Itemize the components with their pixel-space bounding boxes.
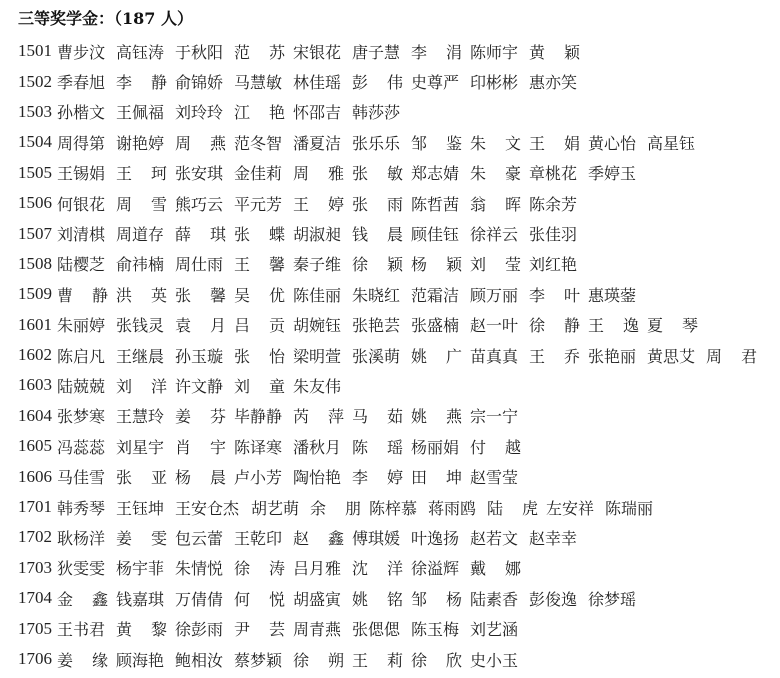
- name-char: 杨: [411, 252, 427, 275]
- name-char: 王: [529, 131, 545, 154]
- name-char: 陈: [352, 435, 368, 458]
- student-names: 马佳雪张亚杨晨卢小芳陶怡艳李婷田坤赵雪莹: [57, 465, 529, 488]
- name-char: 萍: [328, 404, 344, 427]
- student-name: 陈梓慕: [369, 496, 428, 519]
- name-char: 童: [269, 374, 285, 397]
- name-char: 鑫: [328, 526, 344, 549]
- student-name: 张怡: [234, 344, 285, 367]
- student-name: 朱友伟: [293, 374, 352, 397]
- student-name: 顾万丽: [470, 283, 529, 306]
- name-char: 悦: [269, 587, 285, 610]
- name-char: 洪: [116, 283, 132, 306]
- student-name: 陶怡艳: [293, 465, 352, 488]
- student-name: 朱晓红: [352, 283, 411, 306]
- name-char: 姚: [411, 344, 427, 367]
- student-name: 朱情悦: [175, 556, 234, 579]
- student-name: 杨晨: [175, 465, 226, 488]
- student-name: 刘红艳: [529, 252, 588, 275]
- student-name: 黄思艾: [647, 344, 706, 367]
- student-name: 何银花: [57, 192, 116, 215]
- student-name: 赵若文: [470, 526, 529, 549]
- name-char: 艳: [269, 100, 285, 123]
- name-char: 刘: [234, 374, 250, 397]
- name-char: 田: [411, 465, 427, 488]
- student-name: 田坤: [411, 465, 462, 488]
- student-name: 周得第: [57, 131, 116, 154]
- student-name: 唐子慧: [352, 40, 411, 63]
- student-name: 陈瑶: [352, 435, 403, 458]
- name-char: 肖: [175, 435, 191, 458]
- student-name: 潘秋月: [293, 435, 352, 458]
- student-name: 姚广: [411, 344, 462, 367]
- name-char: 彭: [352, 70, 368, 93]
- student-name: 余朋: [310, 496, 361, 519]
- student-name: 王娟: [529, 131, 580, 154]
- name-char: 余: [310, 496, 326, 519]
- student-name: 顾佳钰: [411, 222, 470, 245]
- student-name: 陆兢兢: [57, 374, 116, 397]
- student-name: 戴娜: [470, 556, 521, 579]
- student-name: 宋银花: [293, 40, 352, 63]
- name-char: 涛: [269, 556, 285, 579]
- student-name: 朱丽婷: [57, 313, 116, 336]
- class-number: 1509: [18, 284, 57, 304]
- class-row: 1702耿杨洋姜雯包云蕾王乾印赵鑫傅琪媛叶逸扬赵若文赵幸幸: [18, 522, 780, 552]
- student-names: 张梦寒王慧玲姜芬毕静静芮萍马茹姚燕宗一宁: [57, 404, 529, 427]
- name-char: 朔: [328, 648, 344, 671]
- student-name: 赵幸幸: [529, 526, 588, 549]
- name-char: 姜: [175, 404, 191, 427]
- student-name: 薛琪: [175, 222, 226, 245]
- student-name: 王乾印: [234, 526, 293, 549]
- student-name: 芮萍: [293, 404, 344, 427]
- name-char: 婷: [328, 192, 344, 215]
- name-char: 周: [706, 344, 722, 367]
- name-char: 王: [352, 648, 368, 671]
- class-row: 1507刘清棋周道存薛琪张蝶胡淑昶钱晨顾佳钰徐祥云张佳羽: [18, 218, 780, 248]
- student-name: 潘夏洁: [293, 131, 352, 154]
- student-name: 张艳芸: [352, 313, 411, 336]
- student-names: 韩秀琴王钰坤王安仓杰胡艺萌余朋陈梓慕蒋雨鸥陆虎左安祥陈瑞丽: [57, 496, 664, 519]
- name-char: 刘: [470, 252, 486, 275]
- name-char: 乔: [564, 344, 580, 367]
- student-name: 鲍相汝: [175, 648, 234, 671]
- name-char: 婷: [387, 465, 403, 488]
- student-name: 邹鉴: [411, 131, 462, 154]
- student-name: 傅琪媛: [352, 526, 411, 549]
- name-char: 李: [116, 70, 132, 93]
- student-name: 史小玉: [470, 648, 529, 671]
- name-char: 朱: [470, 131, 486, 154]
- student-name: 张蝶: [234, 222, 285, 245]
- name-char: 翁: [470, 192, 486, 215]
- student-name: 夏琴: [647, 313, 698, 336]
- class-number: 1505: [18, 163, 57, 183]
- student-name: 陈余芳: [529, 192, 588, 215]
- name-char: 张: [116, 465, 132, 488]
- student-name: 怀邵吉: [293, 100, 352, 123]
- student-name: 徐静: [529, 313, 580, 336]
- class-row: 1605冯蕊蕊刘星宇肖宇陈译寒潘秋月陈瑶杨丽娟付越: [18, 431, 780, 461]
- name-char: 珂: [151, 161, 167, 184]
- name-char: 缘: [92, 648, 108, 671]
- name-char: 瑶: [387, 435, 403, 458]
- name-char: 鉴: [446, 131, 462, 154]
- student-name: 赵鑫: [293, 526, 344, 549]
- name-char: 芬: [210, 404, 226, 427]
- student-name: 范冬智: [234, 131, 293, 154]
- name-char: 敏: [387, 161, 403, 184]
- name-char: 李: [411, 40, 427, 63]
- name-char: 颖: [564, 40, 580, 63]
- student-name: 黄颖: [529, 40, 580, 63]
- name-char: 姜: [57, 648, 73, 671]
- class-number: 1603: [18, 375, 57, 395]
- student-name: 李婷: [352, 465, 403, 488]
- class-row: 1703狄雯雯杨宇菲朱情悦徐涛吕月雅沈洋徐溢辉戴娜: [18, 553, 780, 583]
- student-name: 陈玉梅: [411, 617, 470, 640]
- name-char: 黄: [529, 40, 545, 63]
- student-name: 张梦寒: [57, 404, 116, 427]
- student-name: 秦子维: [293, 252, 352, 275]
- name-char: 坤: [446, 465, 462, 488]
- student-name: 孙楷文: [57, 100, 116, 123]
- student-name: 金鑫: [57, 587, 108, 610]
- name-char: 金: [57, 587, 73, 610]
- student-name: 李叶: [529, 283, 580, 306]
- name-char: 范: [234, 40, 250, 63]
- name-char: 晨: [387, 222, 403, 245]
- student-names: 狄雯雯杨宇菲朱情悦徐涛吕月雅沈洋徐溢辉戴娜: [57, 556, 529, 579]
- student-names: 姜缘顾海艳鲍相汝蔡梦颖徐朔王莉徐欣史小玉: [57, 648, 529, 671]
- student-name: 范苏: [234, 40, 285, 63]
- class-number: 1701: [18, 497, 57, 517]
- student-name: 张偲偲: [352, 617, 411, 640]
- student-name: 马佳雪: [57, 465, 116, 488]
- name-char: 苏: [269, 40, 285, 63]
- student-name: 张馨: [175, 283, 226, 306]
- student-name: 翁晖: [470, 192, 521, 215]
- student-name: 徐涛: [234, 556, 285, 579]
- student-name: 张敏: [352, 161, 403, 184]
- student-names: 孙楷文王佩福刘玲玲江艳怀邵吉韩莎莎: [57, 100, 411, 123]
- student-name: 杨颖: [411, 252, 462, 275]
- student-name: 王莉: [352, 648, 403, 671]
- name-char: 颖: [387, 252, 403, 275]
- class-number: 1503: [18, 102, 57, 122]
- student-name: 张溪萌: [352, 344, 411, 367]
- student-names: 何银花周雪熊巧云平元芳王婷张雨陈哲茜翁晖陈余芳: [57, 192, 588, 215]
- student-name: 陆樱芝: [57, 252, 116, 275]
- student-name: 赵雪莹: [470, 465, 529, 488]
- student-name: 彭伟: [352, 70, 403, 93]
- student-name: 熊巧云: [175, 192, 234, 215]
- student-name: 俞祎楠: [116, 252, 175, 275]
- student-name: 徐颖: [352, 252, 403, 275]
- name-char: 张: [352, 161, 368, 184]
- student-names: 王锡娟王珂张安琪金佳莉周雅张敏郑志婧朱豪章桃花季婷玉: [57, 161, 647, 184]
- name-char: 杨: [446, 587, 462, 610]
- class-row: 1503孙楷文王佩福刘玲玲江艳怀邵吉韩莎莎: [18, 97, 780, 127]
- student-name: 徐溢辉: [411, 556, 470, 579]
- class-number: 1502: [18, 72, 57, 92]
- name-char: 越: [505, 435, 521, 458]
- name-char: 雪: [151, 192, 167, 215]
- class-number: 1601: [18, 315, 57, 335]
- name-char: 尹: [234, 617, 250, 640]
- student-name: 钱嘉琪: [116, 587, 175, 610]
- name-char: 莹: [505, 252, 521, 275]
- class-row: 1604张梦寒王慧玲姜芬毕静静芮萍马茹姚燕宗一宁: [18, 401, 780, 431]
- class-number: 1501: [18, 41, 57, 61]
- student-name: 梁明萱: [293, 344, 352, 367]
- name-char: 颖: [446, 252, 462, 275]
- student-name: 曹步汶: [57, 40, 116, 63]
- class-rows: 1501曹步汶高钰涛于秋阳范苏宋银花唐子慧李涓陈师宇黄颖1502季春旭李静俞锦娇…: [18, 36, 780, 674]
- student-name: 刘玲玲: [175, 100, 234, 123]
- student-name: 朱豪: [470, 161, 521, 184]
- name-char: 娟: [564, 131, 580, 154]
- student-name: 谢艳婷: [116, 131, 175, 154]
- student-name: 洪英: [116, 283, 167, 306]
- class-number: 1703: [18, 558, 57, 578]
- name-char: 张: [234, 344, 250, 367]
- student-name: 赵一叶: [470, 313, 529, 336]
- student-name: 王婷: [293, 192, 344, 215]
- name-char: 李: [352, 465, 368, 488]
- name-char: 广: [446, 344, 462, 367]
- name-char: 优: [269, 283, 285, 306]
- name-char: 徐: [411, 648, 427, 671]
- student-name: 林佳瑶: [293, 70, 352, 93]
- student-name: 钱晨: [352, 222, 403, 245]
- student-name: 陈师宇: [470, 40, 529, 63]
- name-char: 豪: [505, 161, 521, 184]
- student-name: 吕贡: [234, 313, 285, 336]
- name-char: 琴: [682, 313, 698, 336]
- class-number: 1704: [18, 588, 57, 608]
- student-names: 刘清棋周道存薛琪张蝶胡淑昶钱晨顾佳钰徐祥云张佳羽: [57, 222, 588, 245]
- class-row: 1508陆樱芝俞祎楠周仕雨王馨秦子维徐颖杨颖刘莹刘红艳: [18, 249, 780, 279]
- student-name: 高钰涛: [116, 40, 175, 63]
- student-name: 高星钰: [647, 131, 706, 154]
- student-name: 蔡梦颖: [234, 648, 293, 671]
- student-name: 周青燕: [293, 617, 352, 640]
- name-char: 周: [293, 161, 309, 184]
- student-name: 王逸: [588, 313, 639, 336]
- student-name: 刘清棋: [57, 222, 116, 245]
- student-name: 刘星宇: [116, 435, 175, 458]
- name-char: 王: [529, 344, 545, 367]
- name-char: 涓: [446, 40, 462, 63]
- student-name: 陆虎: [487, 496, 538, 519]
- name-char: 付: [470, 435, 486, 458]
- student-name: 包云蕾: [175, 526, 234, 549]
- name-char: 姚: [411, 404, 427, 427]
- name-char: 王: [116, 161, 132, 184]
- name-char: 张: [175, 283, 191, 306]
- student-name: 印彬彬: [470, 70, 529, 93]
- class-number: 1706: [18, 649, 57, 669]
- student-name: 范霜洁: [411, 283, 470, 306]
- student-name: 张佳羽: [529, 222, 588, 245]
- name-char: 周: [116, 192, 132, 215]
- student-name: 沈洋: [352, 556, 403, 579]
- class-row: 1601朱丽婷张钱灵袁月吕贡胡婉钰张艳芸张盛楠赵一叶徐静王逸夏琴: [18, 310, 780, 340]
- student-name: 张钱灵: [116, 313, 175, 336]
- class-number: 1702: [18, 527, 57, 547]
- name-char: 雅: [328, 161, 344, 184]
- student-name: 杨丽娟: [411, 435, 470, 458]
- class-number: 1504: [18, 132, 57, 152]
- student-name: 陈佳丽: [293, 283, 352, 306]
- student-names: 陈启凡王继晨孙玉璇张怡梁明萱张溪萌姚广苗真真王乔张艳丽黄思艾周君: [57, 344, 765, 367]
- name-char: 沈: [352, 556, 368, 579]
- name-char: 叶: [564, 283, 580, 306]
- name-char: 杨: [175, 465, 191, 488]
- student-name: 刘洋: [116, 374, 167, 397]
- class-row: 1502季春旭李静俞锦娇马慧敏林佳瑶彭伟史尊严印彬彬惠亦笑: [18, 66, 780, 96]
- name-char: 邹: [411, 131, 427, 154]
- student-name: 俞锦娇: [175, 70, 234, 93]
- student-name: 于秋阳: [175, 40, 234, 63]
- student-name: 毕静静: [234, 404, 293, 427]
- student-name: 江艳: [234, 100, 285, 123]
- student-name: 王锡娟: [57, 161, 116, 184]
- class-row: 1505王锡娟王珂张安琪金佳莉周雅张敏郑志婧朱豪章桃花季婷玉: [18, 158, 780, 188]
- name-char: 雨: [387, 192, 403, 215]
- student-name: 金佳莉: [234, 161, 293, 184]
- student-name: 张盛楠: [411, 313, 470, 336]
- student-name: 吴优: [234, 283, 285, 306]
- class-row: 1506何银花周雪熊巧云平元芳王婷张雨陈哲茜翁晖陈余芳: [18, 188, 780, 218]
- name-char: 李: [529, 283, 545, 306]
- student-names: 周得第谢艳婷周燕范冬智潘夏洁张乐乐邹鉴朱文王娟黄心怡高星钰: [57, 131, 706, 154]
- name-char: 静: [564, 313, 580, 336]
- name-char: 晨: [210, 465, 226, 488]
- name-char: 琪: [210, 222, 226, 245]
- name-char: 江: [234, 100, 250, 123]
- name-char: 袁: [175, 313, 191, 336]
- student-name: 王继晨: [116, 344, 175, 367]
- name-char: 薛: [175, 222, 191, 245]
- name-char: 英: [151, 283, 167, 306]
- student-name: 邹杨: [411, 587, 462, 610]
- name-char: 王: [588, 313, 604, 336]
- name-char: 刘: [116, 374, 132, 397]
- name-char: 陆: [487, 496, 503, 519]
- student-name: 孙玉璇: [175, 344, 234, 367]
- name-char: 徐: [529, 313, 545, 336]
- section-title: 三等奖学金：（187 人）: [18, 8, 780, 36]
- student-name: 朱文: [470, 131, 521, 154]
- student-name: 王乔: [529, 344, 580, 367]
- student-name: 姜雯: [116, 526, 167, 549]
- class-row: 1706姜缘顾海艳鲍相汝蔡梦颖徐朔王莉徐欣史小玉: [18, 644, 780, 674]
- name-char: 邹: [411, 587, 427, 610]
- name-char: 徐: [234, 556, 250, 579]
- name-char: 徐: [293, 648, 309, 671]
- name-char: 吴: [234, 283, 250, 306]
- student-name: 叶逸扬: [411, 526, 470, 549]
- student-name: 王佩福: [116, 100, 175, 123]
- name-char: 张: [234, 222, 250, 245]
- student-name: 周燕: [175, 131, 226, 154]
- name-char: 怡: [269, 344, 285, 367]
- student-name: 黄黎: [116, 617, 167, 640]
- student-name: 胡婉钰: [293, 313, 352, 336]
- student-name: 张亚: [116, 465, 167, 488]
- student-name: 陈启凡: [57, 344, 116, 367]
- student-name: 苗真真: [470, 344, 529, 367]
- name-char: 芮: [293, 404, 309, 427]
- name-char: 赵: [293, 526, 309, 549]
- student-name: 杨宇菲: [116, 556, 175, 579]
- student-name: 王慧玲: [116, 404, 175, 427]
- class-row: 1606马佳雪张亚杨晨卢小芳陶怡艳李婷田坤赵雪莹: [18, 461, 780, 491]
- name-char: 姚: [352, 587, 368, 610]
- award-list-document: 三等奖学金：（187 人） 1501曹步汶高钰涛于秋阳范苏宋银花唐子慧李涓陈师宇…: [18, 8, 780, 674]
- student-name: 徐欣: [411, 648, 462, 671]
- name-char: 蝶: [269, 222, 285, 245]
- student-name: 冯蕊蕊: [57, 435, 116, 458]
- student-name: 姚燕: [411, 404, 462, 427]
- student-name: 王书君: [57, 617, 116, 640]
- student-name: 狄雯雯: [57, 556, 116, 579]
- student-name: 季春旭: [57, 70, 116, 93]
- class-row: 1603陆兢兢刘洋许文静刘童朱友伟: [18, 370, 780, 400]
- student-name: 顾海艳: [116, 648, 175, 671]
- class-number: 1604: [18, 406, 57, 426]
- student-names: 朱丽婷张钱灵袁月吕贡胡婉钰张艳芸张盛楠赵一叶徐静王逸夏琴: [57, 313, 706, 336]
- name-char: 晖: [505, 192, 521, 215]
- student-names: 季春旭李静俞锦娇马慧敏林佳瑶彭伟史尊严印彬彬惠亦笑: [57, 70, 588, 93]
- student-name: 何悦: [234, 587, 285, 610]
- student-name: 王安仓杰: [175, 496, 251, 519]
- student-name: 周仕雨: [175, 252, 234, 275]
- name-char: 吕: [234, 313, 250, 336]
- name-char: 曹: [57, 283, 73, 306]
- student-name: 李涓: [411, 40, 462, 63]
- student-names: 陆樱芝俞祎楠周仕雨王馨秦子维徐颖杨颖刘莹刘红艳: [57, 252, 588, 275]
- student-name: 张乐乐: [352, 131, 411, 154]
- student-name: 万倩倩: [175, 587, 234, 610]
- student-name: 周雪: [116, 192, 167, 215]
- name-char: 张: [352, 192, 368, 215]
- name-char: 逸: [623, 313, 639, 336]
- name-char: 馨: [210, 283, 226, 306]
- class-number: 1605: [18, 436, 57, 456]
- name-char: 何: [234, 587, 250, 610]
- student-name: 黄心怡: [588, 131, 647, 154]
- student-name: 左安祥: [546, 496, 605, 519]
- name-char: 娜: [505, 556, 521, 579]
- class-row: 1705王书君黄黎徐彭雨尹芸周青燕张偲偲陈玉梅刘艺涵: [18, 613, 780, 643]
- student-name: 韩莎莎: [352, 100, 411, 123]
- name-char: 欣: [446, 648, 462, 671]
- student-name: 惠亦笑: [529, 70, 588, 93]
- student-name: 姜缘: [57, 648, 108, 671]
- student-name: 胡淑昶: [293, 222, 352, 245]
- name-char: 贡: [269, 313, 285, 336]
- student-name: 胡盛寅: [293, 587, 352, 610]
- student-name: 李静: [116, 70, 167, 93]
- name-char: 朋: [345, 496, 361, 519]
- class-row: 1701韩秀琴王钰坤王安仓杰胡艺萌余朋陈梓慕蒋雨鸥陆虎左安祥陈瑞丽: [18, 492, 780, 522]
- name-char: 王: [234, 252, 250, 275]
- name-char: 伟: [387, 70, 403, 93]
- student-name: 曹静: [57, 283, 108, 306]
